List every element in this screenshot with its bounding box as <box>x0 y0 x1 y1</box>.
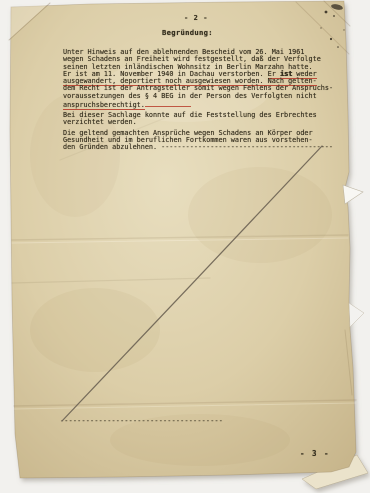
typewritten-content: - 2 - Begründung: Unter Hinweis auf den … <box>0 0 370 493</box>
photo-of-document: - 2 - Begründung: Unter Hinweis auf den … <box>0 0 370 493</box>
text-line: den Gründen abzulehnen.-----------------… <box>63 144 355 151</box>
red-underlined-phrase: anspruchsberechtigt. <box>63 101 145 110</box>
paragraph-2: Bei dieser Sachlage konnte auf die Fests… <box>63 112 355 127</box>
page-number-top: - 2 - <box>184 14 208 22</box>
text-line: voraussetzungen des § 4 BEG in der Perso… <box>63 93 355 100</box>
bottom-dashed-line: -------------------------------------- <box>60 417 223 425</box>
trailing-dashed-rule: ----------------------------------------… <box>161 143 333 151</box>
red-underline-extension <box>145 100 191 107</box>
text-line: anspruchsberechtigt. <box>63 100 355 109</box>
text-segment: den Gründen abzulehnen. <box>63 143 157 151</box>
paragraph-1: Unter Hinweis auf den ablehnenden Besche… <box>63 49 355 109</box>
page-number-bottom: - 3 - <box>300 449 330 458</box>
section-heading: Begründung: <box>162 28 213 37</box>
text-line: verzichtet werden. <box>63 119 355 126</box>
body-text: Unter Hinweis auf den ablehnenden Besche… <box>63 49 355 154</box>
paragraph-3: Die geltend gemachten Ansprüche wegen Sc… <box>63 130 355 152</box>
